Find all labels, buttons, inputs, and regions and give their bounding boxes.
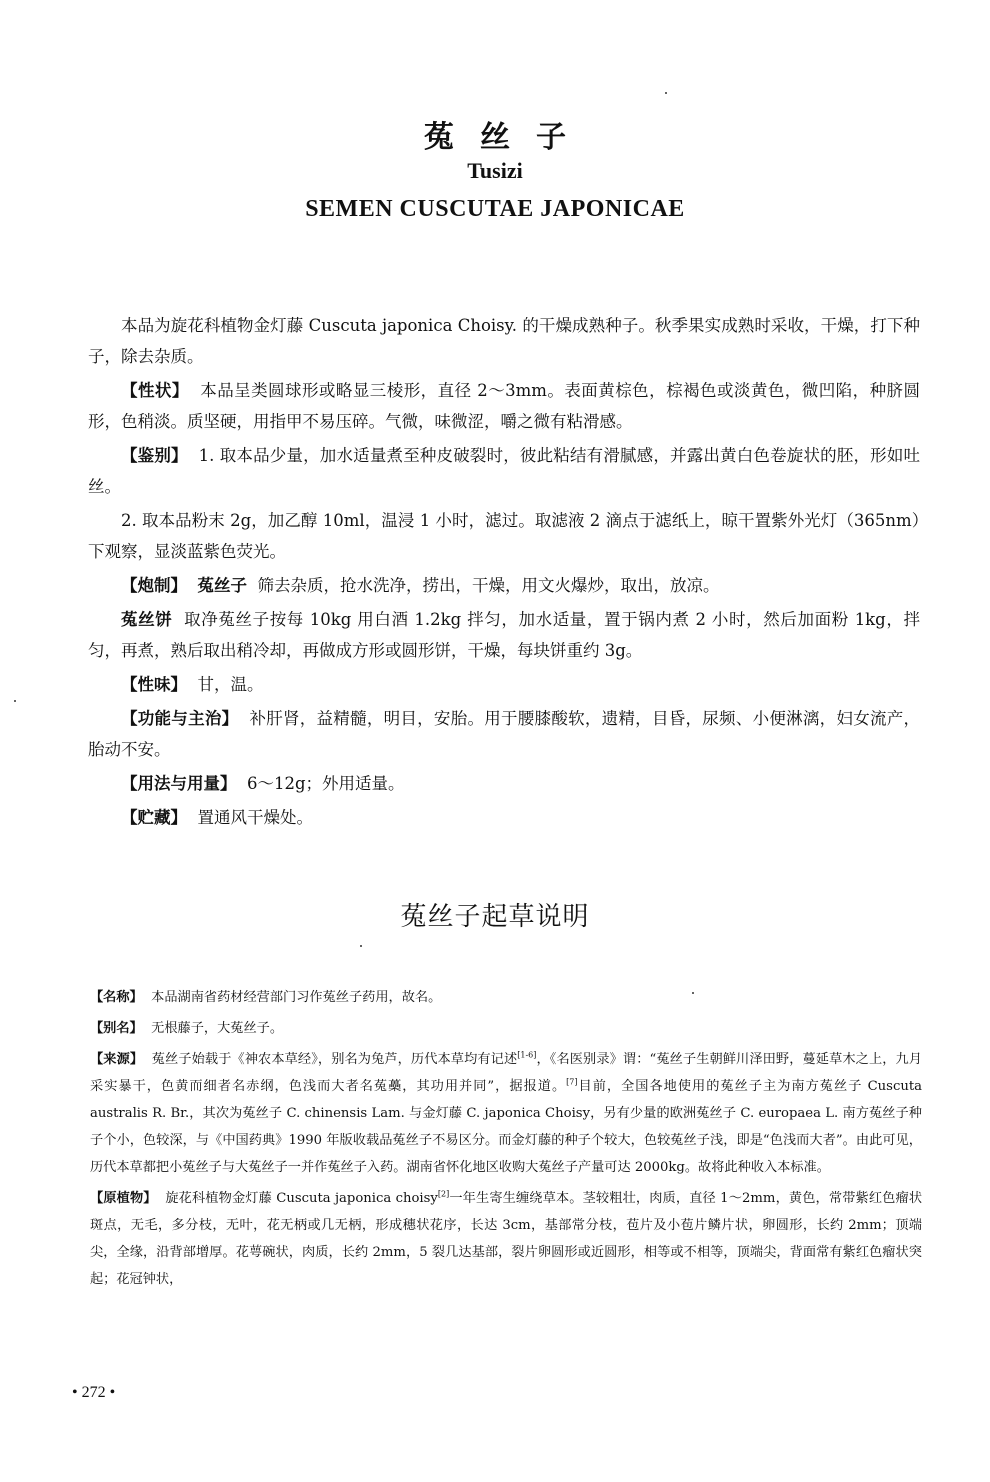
section-sublabel: 菟丝饼 xyxy=(121,610,172,629)
document-page: 菟丝子 Tusizi SEMEN CUSCUTAE JAPONICAE 本品为旋… xyxy=(0,0,990,1482)
section-processing-2: 菟丝饼 取净菟丝子按每 10kg 用白酒 1.2kg 拌匀，加水适量，置于锅内煮… xyxy=(88,604,920,666)
section-text: 无根藤子，大菟丝子。 xyxy=(151,1021,283,1036)
monograph-title-latin: SEMEN CUSCUTAE JAPONICAE xyxy=(0,196,990,223)
section-storage: 【贮藏】 置通风干燥处。 xyxy=(88,802,920,833)
section-label: 【用法与用量】 xyxy=(121,774,237,793)
monograph-intro: 本品为旋花科植物金灯藤 Cuscuta japonica Choisy. 的干燥… xyxy=(88,310,920,372)
section-nature-flavor: 【性味】 甘，温。 xyxy=(88,669,920,700)
citation-ref: [2] xyxy=(438,1190,449,1199)
draft-body: 【名称】 本品湖南省药材经营部门习作菟丝子药用，故名。 【别名】 无根藤子，大菟… xyxy=(90,984,922,1297)
monograph-title-pinyin: Tusizi xyxy=(0,158,990,184)
section-text: 1. 取本品少量，加水适量煮至种皮破裂时，彼此粘结有滑腻感，并露出黄白色卷旋状的… xyxy=(88,446,920,496)
monograph-body: 本品为旋花科植物金灯藤 Cuscuta japonica Choisy. 的干燥… xyxy=(88,310,920,836)
section-label: 【性味】 xyxy=(121,675,187,694)
scan-speck xyxy=(665,92,667,94)
section-processing-1: 【炮制】 菟丝子 筛去杂质，抢水洗净，捞出，干燥，用文火爆炒，取出，放凉。 xyxy=(88,570,920,601)
section-label: 【功能与主治】 xyxy=(121,709,238,728)
scan-speck xyxy=(14,700,16,702)
draft-section-name: 【名称】 本品湖南省药材经营部门习作菟丝子药用，故名。 xyxy=(90,984,922,1011)
page-number: • 272 • xyxy=(72,1384,115,1402)
draft-title: 菟丝子起草说明 xyxy=(0,896,990,933)
section-text: 菟丝子始载于《神农本草经》，别名为兔芦，历代本草均有记述 xyxy=(152,1052,518,1067)
section-text: 置通风干燥处。 xyxy=(198,808,314,827)
citation-ref: [1-6] xyxy=(517,1051,536,1060)
section-label: 【别名】 xyxy=(90,1021,143,1036)
section-text: 旋花科植物金灯藤 Cuscuta japonica choisy xyxy=(165,1191,438,1206)
draft-section-source: 【来源】 菟丝子始载于《神农本草经》，别名为兔芦，历代本草均有记述[1-6]，《… xyxy=(90,1046,922,1181)
section-text: 6～12g；外用适量。 xyxy=(247,774,405,793)
draft-section-original-plant: 【原植物】 旋花科植物金灯藤 Cuscuta japonica choisy[2… xyxy=(90,1185,922,1293)
section-text: 取净菟丝子按每 10kg 用白酒 1.2kg 拌匀，加水适量，置于锅内煮 2 小… xyxy=(88,610,920,660)
section-characters: 【性状】 本品呈类圆球形或略显三棱形，直径 2～3mm。表面黄棕色，棕褐色或淡黄… xyxy=(88,375,920,437)
scan-speck xyxy=(360,945,362,947)
section-identification-1: 【鉴别】 1. 取本品少量，加水适量煮至种皮破裂时，彼此粘结有滑腻感，并露出黄白… xyxy=(88,440,920,502)
section-text: 筛去杂质，抢水洗净，捞出，干燥，用文火爆炒，取出，放凉。 xyxy=(258,576,720,595)
section-label: 【名称】 xyxy=(90,990,143,1005)
section-label: 【鉴别】 xyxy=(121,446,188,465)
section-label: 【来源】 xyxy=(90,1052,143,1067)
section-label: 【贮藏】 xyxy=(121,808,187,827)
section-text: 甘，温。 xyxy=(198,675,264,694)
section-label: 【炮制】 xyxy=(121,576,187,595)
draft-section-alias: 【别名】 无根藤子，大菟丝子。 xyxy=(90,1015,922,1042)
section-dosage: 【用法与用量】 6～12g；外用适量。 xyxy=(88,768,920,799)
section-text: 本品呈类圆球形或略显三棱形，直径 2～3mm。表面黄棕色，棕褐色或淡黄色，微凹陷… xyxy=(88,381,920,431)
section-label: 【原植物】 xyxy=(90,1191,157,1206)
section-identification-2: 2. 取本品粉末 2g，加乙醇 10ml，温浸 1 小时，滤过。取滤液 2 滴点… xyxy=(88,505,920,567)
monograph-title-chinese: 菟丝子 xyxy=(0,112,990,156)
section-label: 【性状】 xyxy=(121,381,189,400)
scan-speck xyxy=(692,992,694,994)
section-sublabel: 菟丝子 xyxy=(198,576,248,595)
section-text: 本品湖南省药材经营部门习作菟丝子药用，故名。 xyxy=(151,990,441,1005)
citation-ref: [7] xyxy=(566,1078,577,1087)
section-functions: 【功能与主治】 补肝肾，益精髓，明目，安胎。用于腰膝酸软，遗精，目昏，尿频、小便… xyxy=(88,703,920,765)
